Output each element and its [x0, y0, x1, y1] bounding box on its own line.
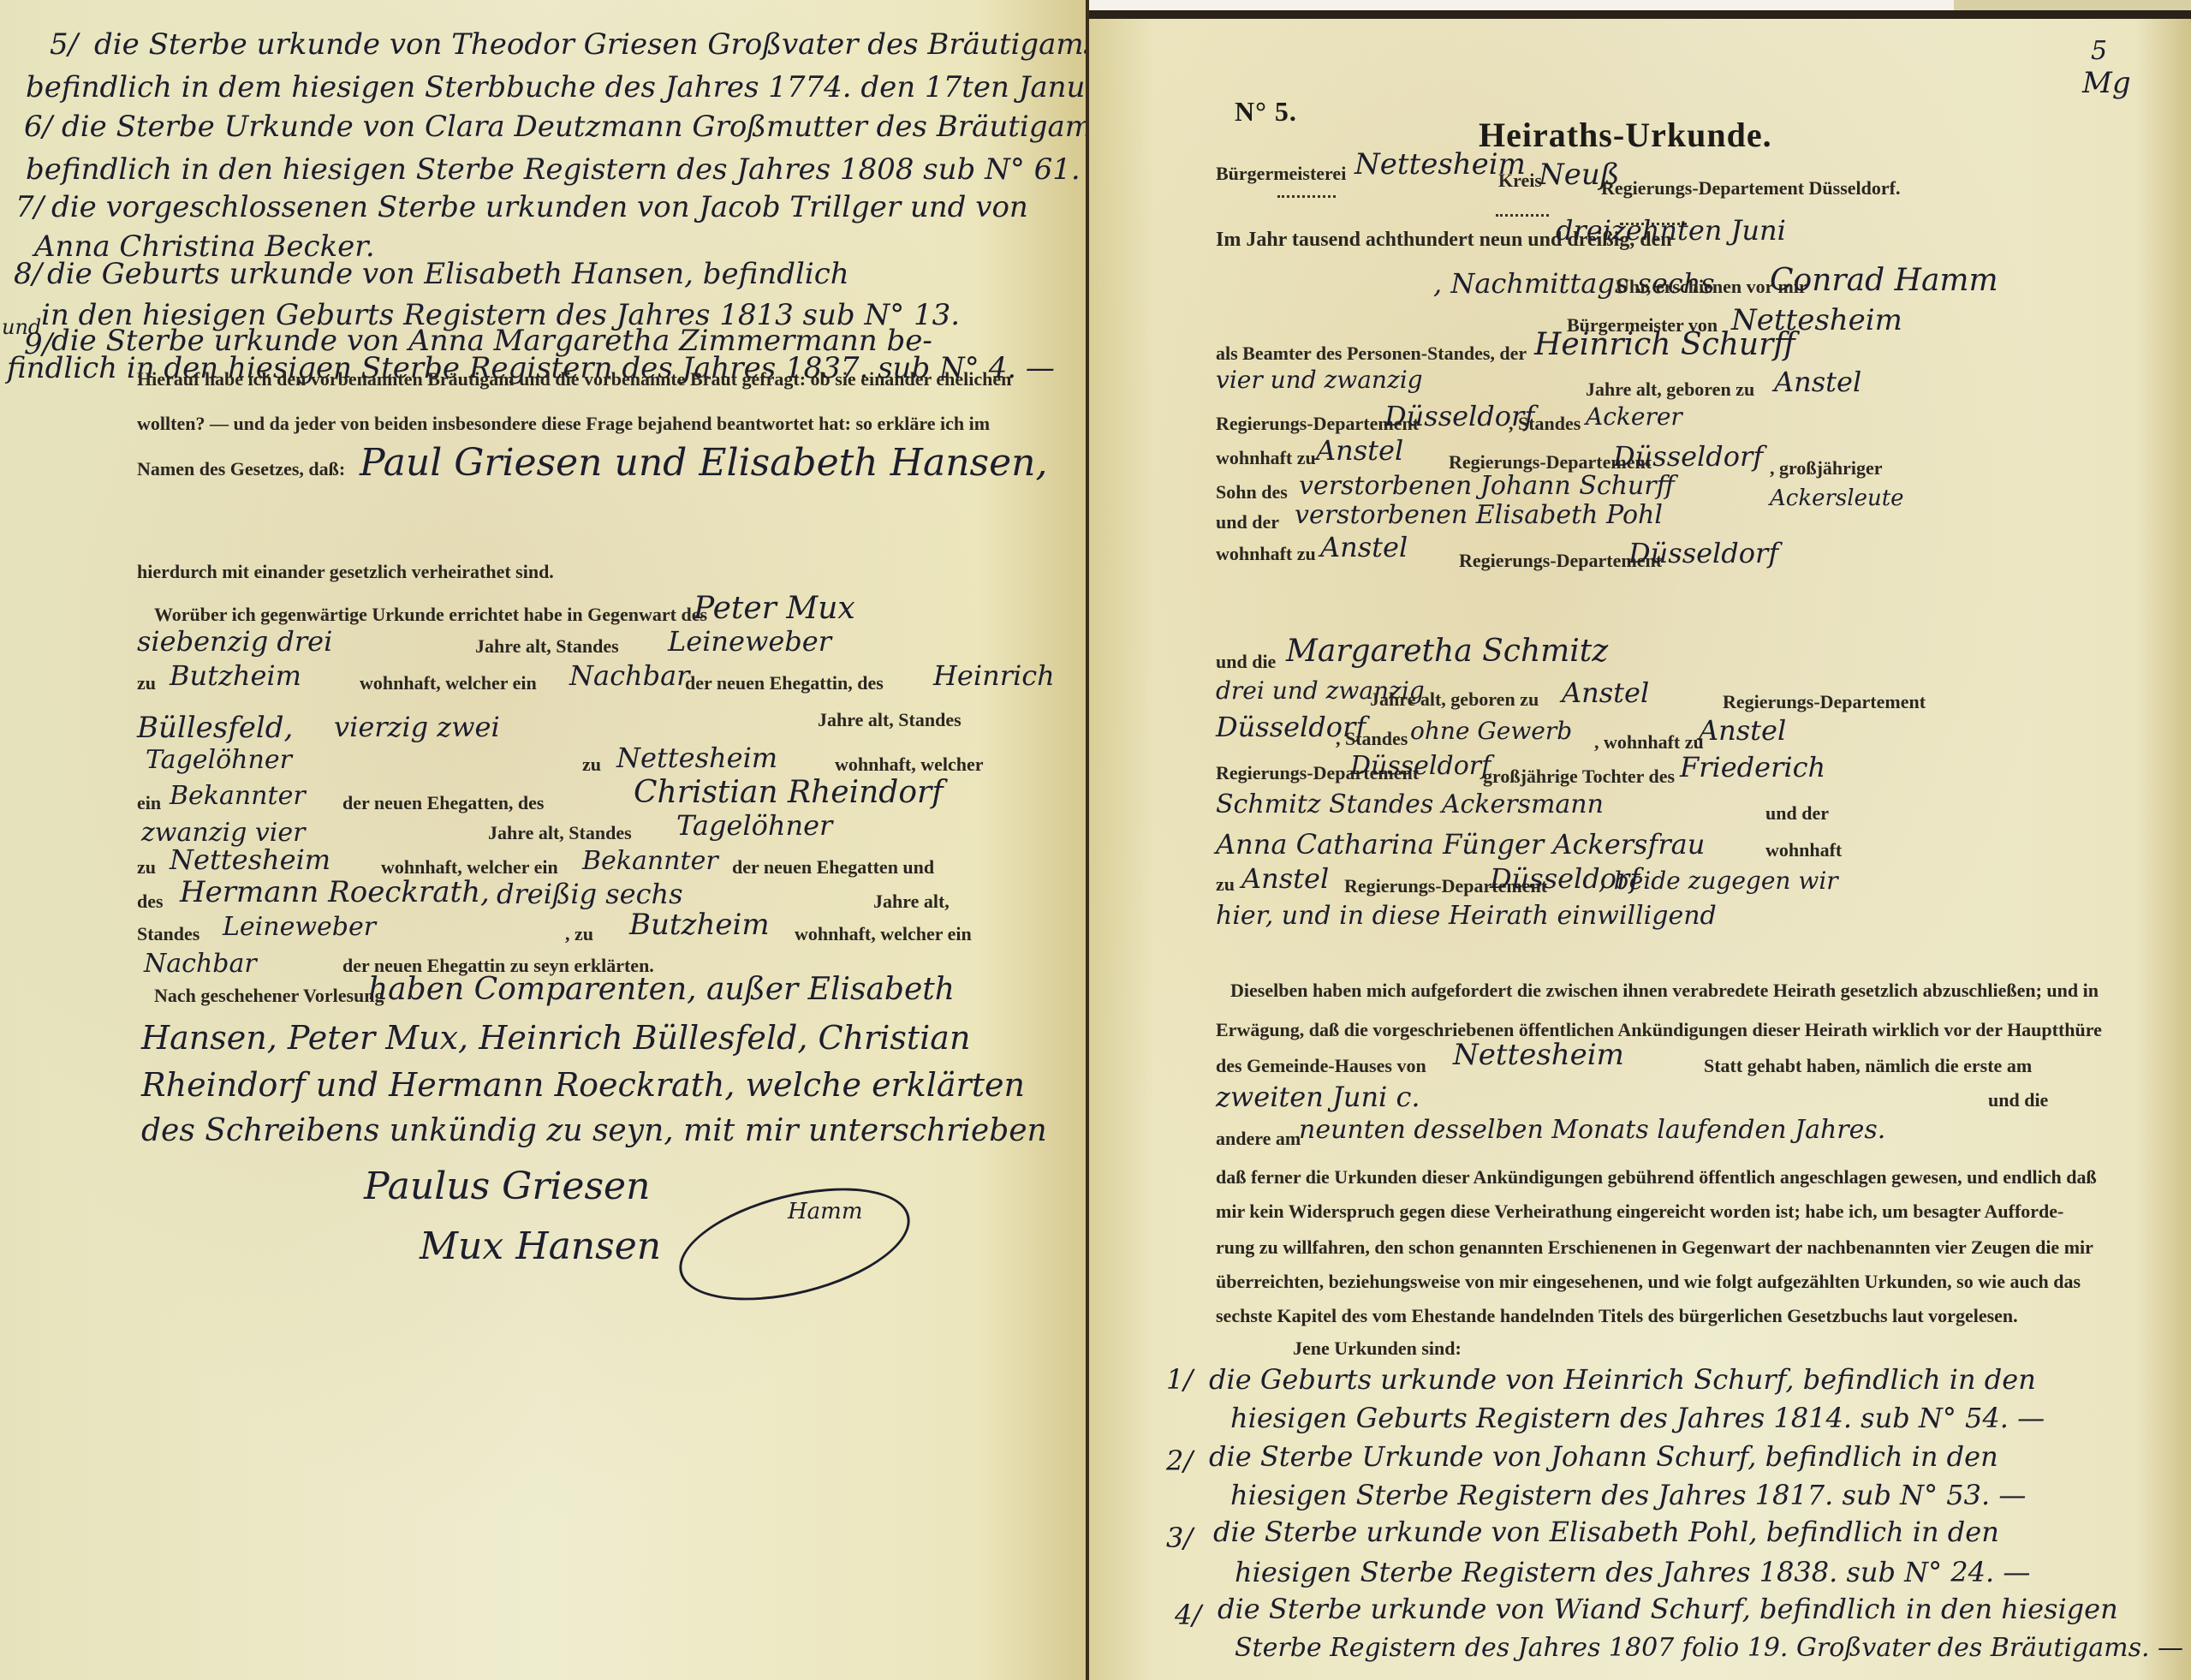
body-line-2: Erwägung, daß die vorgeschriebenen öffen…	[1216, 1019, 2102, 1041]
reading-line-2: Hansen, Peter Mux, Heinrich Büllesfeld, …	[141, 1019, 970, 1057]
witness-3-age-label: Jahre alt, Standes	[488, 822, 632, 844]
signature-flourish	[668, 1167, 921, 1320]
und-die-label-2: und die	[1988, 1089, 2048, 1111]
announcement-place: Nettesheim	[1453, 1038, 1624, 1072]
bride-mother: Anna Catharina Fünger Ackersfrau	[1216, 828, 1705, 861]
standes-label: Standes	[137, 923, 199, 945]
declaration-line-3-printed: Namen des Gesetzes, daß:	[137, 458, 345, 480]
reading-line-3: Rheindorf und Hermann Roeckrath, welche …	[141, 1066, 1025, 1104]
wavy-underline	[1277, 190, 1336, 198]
record-number: N° 5.	[1235, 96, 1297, 128]
witness-2-age: vierzig zwei	[334, 711, 500, 743]
document-1-line-2: hiesigen Geburts Registern des Jahres 18…	[1230, 1402, 2045, 1434]
body-line-7: überreichten, beziehungsweise von mir ei…	[1216, 1271, 2081, 1293]
groom-res-departement: Düsseldorf	[1613, 440, 1763, 473]
witness-2-last-name: Büllesfeld,	[137, 711, 293, 745]
witness-1-standes: Leineweber	[668, 625, 831, 658]
bride-res-departement: Düsseldorf	[1350, 751, 1491, 781]
buergermeisterei-label: Bürgermeisterei	[1216, 163, 1346, 185]
consent-line-1: , beide zugegen wir	[1599, 867, 1838, 895]
document-3-line-1: die Sterbe urkunde von Elisabeth Pohl, b…	[1213, 1516, 1999, 1548]
ein-label: ein	[137, 792, 161, 814]
witness-2-standes: Tagelöhner	[146, 745, 292, 775]
entry-6-line-1: die Sterbe Urkunde von Clara Deutzmann G…	[62, 110, 1089, 144]
des-label: des	[137, 891, 164, 913]
body-line-1: Dieselben haben mich aufgefordert die zw…	[1230, 980, 2099, 1002]
document-4-number: 4/	[1175, 1599, 1201, 1631]
groom-parents-residence: Anstel	[1320, 531, 1408, 563]
witness-intro: Worüber ich gegenwärtige Urkunde erricht…	[154, 604, 707, 626]
body-line-8: sechste Kapitel des vom Ehestande handel…	[1216, 1305, 2018, 1327]
right-page: 5 Mg N° 5. Heiraths-Urkunde. Bürgermeist…	[1089, 19, 2191, 1680]
entry-7-number: 7/	[15, 190, 44, 224]
second-announcement-date: neunten desselben Monats laufenden Jahre…	[1299, 1115, 1885, 1145]
regierungs-departement: Regierungs-Departement Düsseldorf.	[1601, 177, 1901, 200]
zu-label-4: , zu	[565, 923, 593, 945]
witness-4-name: Hermann Roeckrath,	[180, 875, 490, 909]
andere-am-label: andere am	[1216, 1128, 1301, 1150]
witness-2-age-label: Jahre alt, Standes	[818, 709, 962, 731]
grossjaehriger-label: , großjähriger	[1770, 457, 1883, 480]
witness-1-wohnhaft: wohnhaft, welcher ein	[360, 672, 537, 694]
und-die-label: und die	[1216, 651, 1276, 673]
document-2-line-2: hiesigen Sterbe Registern des Jahres 181…	[1230, 1479, 2026, 1511]
entry-8-number: 8/	[14, 257, 42, 291]
entry-6-number: 6/	[24, 110, 52, 144]
witness-1-ehegattin: der neuen Ehegattin, des	[685, 672, 884, 694]
witness-1-age: siebenzig drei	[137, 625, 332, 658]
witness-4-age-label: Jahre alt,	[873, 891, 950, 913]
und-der-label: und der	[1216, 511, 1279, 533]
witness-4-wohnhaft: wohnhaft, welcher ein	[795, 923, 972, 945]
groom-mother: verstorbenen Elisabeth Pohl	[1295, 500, 1663, 530]
body-line-4: daß ferner die Urkunden dieser Ankündigu…	[1216, 1166, 2097, 1189]
intro-day: dreizehnten Juni	[1556, 214, 1786, 247]
signature-groom: Paulus Griesen	[364, 1165, 650, 1208]
witness-4-age: dreißig sechs	[497, 878, 683, 910]
witness-1-age-label: Jahre alt, Standes	[475, 635, 619, 658]
document-1-line-1: die Geburts urkunde von Heinrich Schurf,…	[1209, 1363, 2036, 1396]
zu-label: zu	[137, 672, 156, 694]
zu-label-2: zu	[582, 754, 601, 776]
document-4-line-1: die Sterbe urkunde von Wiand Schurf, bef…	[1218, 1593, 2118, 1625]
witness-2-ehegatten: der neuen Ehegatten, des	[342, 792, 545, 814]
und-der-label-2: und der	[1765, 802, 1829, 825]
document-4-line-2: Sterbe Registern des Jahres 1807 folio 1…	[1235, 1633, 2183, 1663]
bride-standes-label: , Standes	[1336, 728, 1408, 750]
beamter-text: als Beamter des Personen-Standes, der	[1216, 343, 1527, 365]
entry-5-line-2: befindlich in dem hiesigen Sterbbuche de…	[26, 70, 1089, 104]
bride-father-first: Friederich	[1680, 751, 1825, 783]
witness-1-relation: Nachbar	[569, 659, 689, 692]
document-1-number: 1/	[1166, 1363, 1193, 1396]
entry-5-line-1: die Sterbe urkunde von Theodor Griesen G…	[94, 27, 1089, 62]
groom-father: verstorbenen Johann Schurff	[1299, 471, 1675, 501]
groom-geboren-label: Jahre alt, geboren zu	[1586, 378, 1754, 401]
groom-birthplace: Anstel	[1774, 366, 1861, 398]
witness-2-wohnhaft: wohnhaft, welcher	[835, 754, 984, 776]
signature-official: Hamm	[788, 1199, 862, 1224]
reading-line-4: des Schreibens unkündig zu seyn, mit mir…	[141, 1113, 1047, 1148]
document-2-number: 2/	[1166, 1445, 1193, 1477]
entry-7-line-1: die vorgeschlossenen Sterbe urkunden von…	[51, 190, 1028, 224]
bride-name: Margaretha Schmitz	[1286, 634, 1608, 669]
groom-parents-note: Ackersleute	[1770, 486, 1904, 511]
bride-father-rest: Schmitz Standes Ackersmann	[1216, 789, 1604, 819]
witness-2-place: Nettesheim	[616, 742, 777, 774]
body-line-5: mir kein Widerspruch gegen diese Verheir…	[1216, 1200, 2063, 1223]
document-3-number: 3/	[1166, 1522, 1193, 1554]
first-announcement-date: zweiten Juni c.	[1216, 1081, 1420, 1113]
bride-birthplace: Anstel	[1562, 676, 1649, 709]
witness-4-relation: Nachbar	[144, 949, 257, 979]
body-line-6: rung zu willfahren, den schon genannten …	[1216, 1236, 2093, 1259]
groom-name: Heinrich Schurff	[1534, 327, 1795, 362]
witness-3-ehegatten: der neuen Ehegatten und	[732, 856, 934, 879]
witness-3-relation: Bekannter	[582, 846, 718, 876]
zu-label-5: zu	[1216, 873, 1235, 896]
tochter-label: großjährige Tochter des	[1483, 766, 1675, 788]
witness-3-place: Nettesheim	[170, 843, 330, 876]
kreis-label: Kreis	[1498, 170, 1542, 192]
bride-standes: ohne Gewerb	[1410, 717, 1572, 745]
left-page: 5/ die Sterbe urkunde von Theodor Griese…	[0, 0, 1089, 1680]
wavy-underline	[1496, 209, 1549, 217]
official-name: Conrad Hamm	[1770, 263, 1998, 298]
witness-3-name: Christian Rheindorf	[634, 775, 944, 810]
declaration-line-1: Hierauf habe ich den vorbenannten Bräuti…	[137, 368, 1011, 390]
folio-mark: Mg	[2082, 66, 2131, 100]
groom-standes: Ackerer	[1586, 402, 1682, 431]
wohnhaft-zu-label: wohnhaft zu	[1216, 447, 1316, 469]
wohnhaft-zu-label-2: wohnhaft zu	[1216, 543, 1316, 565]
bride-parents-residence: Anstel	[1241, 862, 1329, 895]
witness-4-place: Butzheim	[629, 908, 770, 942]
entry-6-line-2: befindlich in den hiesigen Sterbe Regist…	[26, 152, 1081, 187]
consent-line-2: hier, und in diese Heirath einwilligend	[1216, 901, 1717, 931]
regdep-label-4: Regierungs-Departement	[1723, 691, 1926, 713]
entry-8-line-1: die Geburts urkunde von Elisabeth Hansen…	[47, 257, 849, 291]
folio-number: 5	[2091, 36, 2107, 66]
bride-residence: Anstel	[1699, 714, 1786, 747]
groom-residence: Anstel	[1316, 434, 1403, 467]
witness-3-standes: Tagelöhner	[676, 809, 832, 842]
page-top-edge	[1089, 10, 2191, 19]
body-line-3a: des Gemeinde-Hauses von	[1216, 1055, 1426, 1077]
signature-witness: Mux Hansen	[420, 1224, 661, 1268]
witness-2-first-name: Heinrich	[933, 659, 1055, 692]
groom-age: vier und zwanzig	[1216, 366, 1423, 394]
groom-standes-label: , Standes	[1509, 413, 1581, 435]
witness-1-name: Peter Mux	[694, 591, 855, 626]
declaration-line-4: hierdurch mit einander gesetzlich verhei…	[137, 561, 554, 583]
wohnhaft-label: wohnhaft	[1765, 839, 1842, 861]
reading-printed: Nach geschehener Vorlesung	[154, 985, 384, 1007]
couple-names: Paul Griesen und Elisabeth Hansen,	[360, 441, 1048, 485]
zu-label-3: zu	[137, 856, 156, 879]
entry-5-number: 5/	[50, 27, 78, 62]
sohn-des-label: Sohn des	[1216, 481, 1288, 503]
body-line-3b: Statt gehabt haben, nämlich die erste am	[1704, 1055, 2032, 1077]
witness-1-place: Butzheim	[170, 659, 301, 692]
scan-edge	[1089, 0, 1954, 10]
witness-4-standes: Leineweber	[223, 912, 376, 942]
witness-2-relation: Bekannter	[170, 781, 306, 811]
reading-line-1: haben Comparenten, außer Elisabeth	[368, 972, 955, 1007]
groom-parents-departement: Düsseldorf	[1628, 537, 1778, 569]
declaration-line-2: wollten? — und da jeder von beiden insbe…	[137, 413, 990, 435]
jene-urkunden-label: Jene Urkunden sind:	[1293, 1337, 1462, 1360]
document-2-line-1: die Sterbe Urkunde von Johann Schurf, be…	[1209, 1440, 1998, 1473]
bride-geboren-label: Jahre alt, geboren zu	[1370, 688, 1539, 711]
document-3-line-2: hiesigen Sterbe Registern des Jahres 183…	[1235, 1556, 2030, 1588]
